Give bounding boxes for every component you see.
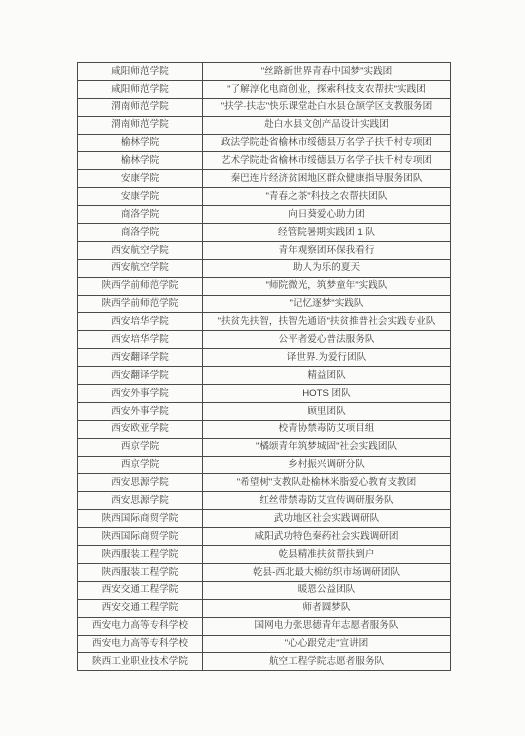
team-cell: 红丝带禁毒防艾宣传调研服务队 <box>203 492 451 510</box>
team-cell: 航空工程学院志愿者服务队 <box>203 653 451 671</box>
school-cell: 西安交通工程学院 <box>78 581 203 599</box>
table-row: 西安思源学院 "希望树"支教队赴榆林米脂爱心教育支教团 <box>78 474 451 492</box>
table-row: 咸阳师范学院 "丝路新世界青春中国梦"实践团 <box>78 63 451 81</box>
team-cell: "希望树"支教队赴榆林米脂爱心教育支教团 <box>203 474 451 492</box>
team-cell: 乡村振兴调研分队 <box>203 456 451 474</box>
table-row: 陕西服装工程学院 乾县精准扶贫帮扶到户 <box>78 546 451 564</box>
table-row: 陕西学前师范学院 "师院微光，筑梦童年"实践队 <box>78 277 451 295</box>
team-cell: 赴白水县文创产品设计实践团 <box>203 116 451 134</box>
table-row: 陕西工业职业技术学院 航空工程学院志愿者服务队 <box>78 653 451 671</box>
team-cell: 公平者爱心普法服务队 <box>203 331 451 349</box>
team-cell: "丝路新世界青春中国梦"实践团 <box>203 63 451 81</box>
table-row: 西京学院 "橘颂青年筑梦城固"社会实践团队 <box>78 438 451 456</box>
table-row: 西安培华学院 公平者爱心普法服务队 <box>78 331 451 349</box>
team-cell: "了解淳化电商创业，探索科技支农帮扶"实践团 <box>203 80 451 98</box>
table-row: 陕西国际商贸学院 咸阳武功特色秦药社会实践调研团 <box>78 528 451 546</box>
team-cell: 向日葵爱心助力团 <box>203 206 451 224</box>
table-row: 榆林学院 艺术学院赴省榆林市绥德县万名学子扶千村专项团 <box>78 152 451 170</box>
school-cell: 西安交通工程学院 <box>78 599 203 617</box>
table-row: 西安翻译学院 译世界.为爱行团队 <box>78 349 451 367</box>
table-row: 西京学院 乡村振兴调研分队 <box>78 456 451 474</box>
school-cell: 西安思源学院 <box>78 492 203 510</box>
table-row: 渭南师范学院 赴白水县文创产品设计实践团 <box>78 116 451 134</box>
team-cell: 助人为乐的夏天 <box>203 259 451 277</box>
school-cell: 西安培华学院 <box>78 313 203 331</box>
school-cell: 榆林学院 <box>78 134 203 152</box>
school-cell: 榆林学院 <box>78 152 203 170</box>
team-cell: 精益团队 <box>203 367 451 385</box>
school-cell: 西安航空学院 <box>78 241 203 259</box>
table-row: 西安航空学院 青年观察团环保我看行 <box>78 241 451 259</box>
table-row: 西安外事学院 顾里团队 <box>78 402 451 420</box>
team-cell: 暖恩公益团队 <box>203 581 451 599</box>
team-cell: "扶贫先扶智，扶智先通语"扶贫推普社会实践专业队 <box>203 313 451 331</box>
team-cell: 乾县-西北最大棉纺织市场调研团队 <box>203 563 451 581</box>
school-cell: 西安电力高等专科学校 <box>78 617 203 635</box>
school-cell: 陕西国际商贸学院 <box>78 528 203 546</box>
schools-teams-table: 咸阳师范学院 "丝路新世界青春中国梦"实践团 咸阳师范学院 "了解淳化电商创业，… <box>77 62 451 671</box>
team-cell: 艺术学院赴省榆林市绥德县万名学子扶千村专项团 <box>203 152 451 170</box>
table-row: 西安航空学院 助人为乐的夏天 <box>78 259 451 277</box>
team-cell: HOTS 团队 <box>203 385 451 403</box>
school-cell: 西安外事学院 <box>78 385 203 403</box>
school-cell: 陕西学前师范学院 <box>78 295 203 313</box>
school-cell: 安康学院 <box>78 188 203 206</box>
table-row: 陕西国际商贸学院 武功地区社会实践调研队 <box>78 510 451 528</box>
school-cell: 陕西国际商贸学院 <box>78 510 203 528</box>
team-cell: "橘颂青年筑梦城固"社会实践团队 <box>203 438 451 456</box>
team-cell: 咸阳武功特色秦药社会实践调研团 <box>203 528 451 546</box>
team-cell: 译世界.为爱行团队 <box>203 349 451 367</box>
table-row: 西安电力高等专科学校 国网电力张思德青年志愿者服务队 <box>78 617 451 635</box>
table-row: 咸阳师范学院 "了解淳化电商创业，探索科技支农帮扶"实践团 <box>78 80 451 98</box>
school-cell: 陕西工业职业技术学院 <box>78 653 203 671</box>
school-cell: 渭南师范学院 <box>78 98 203 116</box>
school-cell: 西安翻译学院 <box>78 367 203 385</box>
table-row: 商洛学院 向日葵爱心助力团 <box>78 206 451 224</box>
table-row: 渭南师范学院 "扶学·扶志"快乐课堂赴白水县仓颉学区支教服务团 <box>78 98 451 116</box>
school-cell: 咸阳师范学院 <box>78 63 203 81</box>
team-cell: 校青协禁毒防艾项目组 <box>203 420 451 438</box>
team-cell: 青年观察团环保我看行 <box>203 241 451 259</box>
table-row: 西安欧亚学院 校青协禁毒防艾项目组 <box>78 420 451 438</box>
team-cell: "心心跟党走"宣讲团 <box>203 635 451 653</box>
school-cell: 商洛学院 <box>78 224 203 242</box>
team-cell: 顾里团队 <box>203 402 451 420</box>
table-row: 西安电力高等专科学校 "心心跟党走"宣讲团 <box>78 635 451 653</box>
team-cell: 乾县精准扶贫帮扶到户 <box>203 546 451 564</box>
school-cell: 西京学院 <box>78 438 203 456</box>
team-cell: 政法学院赴省榆林市绥德县万名学子扶千村专项团 <box>203 134 451 152</box>
school-cell: 陕西服装工程学院 <box>78 546 203 564</box>
school-cell: 西安翻译学院 <box>78 349 203 367</box>
table-row: 榆林学院 政法学院赴省榆林市绥德县万名学子扶千村专项团 <box>78 134 451 152</box>
team-cell: "青春之茶"科技之农帮扶团队 <box>203 188 451 206</box>
school-cell: 西安航空学院 <box>78 259 203 277</box>
table-row: 西安培华学院 "扶贫先扶智，扶智先通语"扶贫推普社会实践专业队 <box>78 313 451 331</box>
table-row: 西安外事学院 HOTS 团队 <box>78 385 451 403</box>
school-cell: 安康学院 <box>78 170 203 188</box>
school-cell: 渭南师范学院 <box>78 116 203 134</box>
school-cell: 西安培华学院 <box>78 331 203 349</box>
table-row: 安康学院 "青春之茶"科技之农帮扶团队 <box>78 188 451 206</box>
school-cell: 西安欧亚学院 <box>78 420 203 438</box>
team-cell: "师院微光，筑梦童年"实践队 <box>203 277 451 295</box>
school-cell: 咸阳师范学院 <box>78 80 203 98</box>
team-cell: 国网电力张思德青年志愿者服务队 <box>203 617 451 635</box>
schools-teams-table-body: 咸阳师范学院 "丝路新世界青春中国梦"实践团 咸阳师范学院 "了解淳化电商创业，… <box>78 63 451 671</box>
school-cell: 西京学院 <box>78 456 203 474</box>
school-cell: 西安思源学院 <box>78 474 203 492</box>
team-cell: 秦巴连片经济贫困地区群众健康指导服务团队 <box>203 170 451 188</box>
team-cell: 师者圆梦队 <box>203 599 451 617</box>
school-cell: 陕西学前师范学院 <box>78 277 203 295</box>
team-cell: 武功地区社会实践调研队 <box>203 510 451 528</box>
school-cell: 西安外事学院 <box>78 402 203 420</box>
school-cell: 陕西服装工程学院 <box>78 563 203 581</box>
table-row: 西安交通工程学院 师者圆梦队 <box>78 599 451 617</box>
table-row: 西安思源学院 红丝带禁毒防艾宣传调研服务队 <box>78 492 451 510</box>
table-row: 西安交通工程学院 暖恩公益团队 <box>78 581 451 599</box>
school-cell: 西安电力高等专科学校 <box>78 635 203 653</box>
table-row: 西安翻译学院 精益团队 <box>78 367 451 385</box>
team-cell: "记忆逐梦"实践队 <box>203 295 451 313</box>
table-row: 安康学院 秦巴连片经济贫困地区群众健康指导服务团队 <box>78 170 451 188</box>
table-row: 陕西学前师范学院 "记忆逐梦"实践队 <box>78 295 451 313</box>
table-row: 商洛学院 经管院暑期实践团 1 队 <box>78 224 451 242</box>
team-cell: "扶学·扶志"快乐课堂赴白水县仓颉学区支教服务团 <box>203 98 451 116</box>
table-row: 陕西服装工程学院 乾县-西北最大棉纺织市场调研团队 <box>78 563 451 581</box>
school-cell: 商洛学院 <box>78 206 203 224</box>
team-cell: 经管院暑期实践团 1 队 <box>203 224 451 242</box>
